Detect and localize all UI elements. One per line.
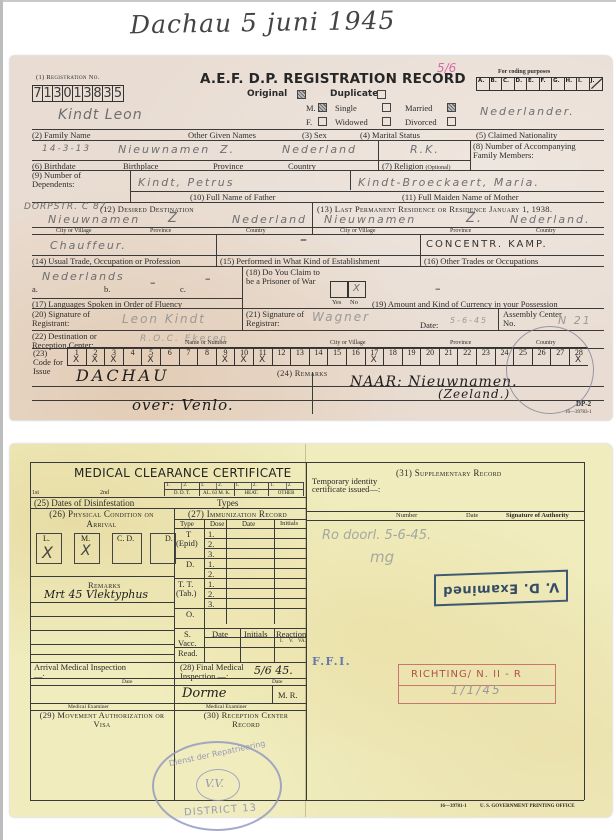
divider bbox=[30, 678, 306, 679]
divider bbox=[32, 170, 604, 171]
issue-code-cell[interactable]: 22 bbox=[457, 348, 476, 365]
coding-box[interactable]: D. bbox=[515, 78, 528, 90]
res-province-value: Z. bbox=[466, 211, 483, 226]
divider bbox=[30, 685, 306, 686]
divider bbox=[378, 140, 379, 170]
divider bbox=[274, 628, 275, 662]
supp-note-1: Ro doorl. 5-6-45. bbox=[322, 528, 431, 543]
lang-a-label: a. bbox=[32, 284, 38, 294]
registration-digit: 7 bbox=[33, 86, 43, 101]
divider bbox=[30, 654, 174, 655]
imm-type: O. bbox=[186, 609, 194, 619]
widowed-label: Widowed bbox=[335, 117, 368, 127]
divider bbox=[204, 519, 205, 662]
issue-code-cell[interactable]: 21 bbox=[439, 348, 458, 365]
divider bbox=[242, 266, 243, 308]
imm-dose-header: Dose bbox=[210, 520, 224, 528]
sex-m-checkbox[interactable] bbox=[318, 103, 327, 112]
birthplace-value: Nieuwnamen bbox=[118, 143, 210, 156]
nationality-value: Nederlander. bbox=[480, 105, 575, 118]
coding-box[interactable]: I. bbox=[577, 78, 590, 90]
issue-code-cell[interactable]: 15 bbox=[327, 348, 346, 365]
divorced-label: Divorced bbox=[405, 117, 437, 127]
religion-value: R.K. bbox=[410, 143, 440, 156]
sex-label: (3) Sex bbox=[302, 130, 327, 140]
issue-code-cell[interactable]: 4 bbox=[123, 348, 142, 365]
handwritten-caption: Dachau 5 juni 1945 bbox=[130, 6, 396, 40]
birthdate-value: 14-3-13 bbox=[42, 144, 91, 154]
divider bbox=[30, 576, 174, 577]
divider bbox=[32, 227, 604, 228]
registration-digit: 3 bbox=[103, 86, 113, 101]
duplicate-label: Duplicate bbox=[330, 89, 378, 99]
imm-date-header: Date bbox=[242, 520, 255, 528]
imm-type-sub: (Epid) bbox=[176, 538, 198, 548]
nationality-label: (5) Claimed Nationality bbox=[476, 130, 557, 140]
divider bbox=[312, 202, 313, 234]
coding-box[interactable]: C. bbox=[502, 78, 515, 90]
divider bbox=[306, 520, 584, 521]
physical-condition-label: (26) Physical Condition on Arrival bbox=[34, 509, 169, 529]
coding-box[interactable]: E. bbox=[527, 78, 540, 90]
remarks-left-1: DACHAU bbox=[76, 366, 170, 385]
language-a-value: Nederlands bbox=[42, 270, 125, 283]
type-column: 1.2.HEAT. bbox=[234, 483, 269, 496]
marital-status-label: (4) Marital Status bbox=[360, 130, 420, 140]
divider bbox=[130, 170, 131, 202]
divider bbox=[498, 308, 499, 330]
divider bbox=[32, 330, 604, 331]
type-column: 1.2.OTHER bbox=[268, 483, 304, 496]
divider bbox=[272, 685, 273, 703]
coding-box[interactable]: F. bbox=[540, 78, 553, 90]
divider bbox=[174, 647, 306, 648]
divider bbox=[584, 462, 585, 800]
dependents-label: (9) Number of Dependents: bbox=[32, 171, 112, 189]
medical-remarks-value: Mrt 45 Vlektyphus bbox=[44, 588, 148, 601]
street-note: DORPSTR. C 87. bbox=[24, 202, 110, 212]
medical-clearance-card: MEDICAL CLEARANCE CERTIFICATE 1.2.D. D. … bbox=[10, 444, 612, 817]
issue-mark: X bbox=[73, 356, 79, 365]
footer-office: U. S. GOVERNMENT PRINTING OFFICE bbox=[480, 804, 575, 809]
dest-city-value: Nieuwnamen bbox=[48, 213, 140, 226]
issue-code-cell[interactable]: 13 bbox=[290, 348, 309, 365]
married-label: Married bbox=[405, 103, 432, 113]
registration-digit: 3 bbox=[83, 86, 93, 101]
supp-note-2: mg bbox=[370, 548, 394, 566]
registration-digit: 3 bbox=[53, 86, 63, 101]
divider bbox=[204, 568, 306, 569]
issue-code-cell[interactable]: 12 bbox=[272, 348, 291, 365]
pow-no-box[interactable]: X bbox=[348, 281, 366, 298]
duplicate-checkbox[interactable] bbox=[377, 90, 386, 99]
issue-code-cell[interactable]: 20 bbox=[420, 348, 439, 365]
widowed-checkbox[interactable] bbox=[382, 117, 391, 126]
res-city-value: Nieuwnamen bbox=[324, 213, 416, 226]
reaction-col: I. bbox=[280, 639, 283, 644]
issue-mark: X bbox=[222, 356, 228, 365]
yes-label: Yes bbox=[332, 299, 341, 306]
registration-digit: 1 bbox=[43, 86, 53, 101]
reaction-col: VA. bbox=[298, 639, 306, 644]
divider bbox=[216, 234, 217, 266]
date-label: Date: bbox=[420, 320, 438, 330]
res-country-value: Nederland. bbox=[510, 213, 591, 226]
accompanying-label: (8) Number of Accompanying Family Member… bbox=[473, 142, 593, 160]
assembly-center-value: N 21 bbox=[558, 314, 592, 327]
circular-stamp bbox=[506, 326, 594, 414]
divider bbox=[30, 644, 174, 645]
supp-date-header: Date bbox=[466, 512, 478, 519]
family-name-label: (2) Family Name bbox=[32, 130, 91, 140]
mother-value: Kindt-Broeckaert, Maria. bbox=[358, 176, 540, 189]
divider bbox=[30, 800, 584, 801]
issue-code-cell[interactable]: 11X bbox=[253, 348, 272, 365]
sig-registrar-label: (21) Signature of Registrar: bbox=[246, 310, 316, 328]
dest-province-value: Z bbox=[168, 211, 179, 226]
issue-code-cell[interactable]: 1X bbox=[67, 348, 86, 365]
supp-signature-header: Signature of Authority bbox=[506, 512, 569, 519]
condition-box-d[interactable]: D. bbox=[150, 533, 176, 564]
establishment-value: – bbox=[300, 232, 309, 248]
second-label: 2nd bbox=[100, 490, 109, 496]
registration-digit: 1 bbox=[73, 86, 83, 101]
read-label: Read. bbox=[178, 648, 198, 658]
issue-mark: X bbox=[259, 356, 265, 365]
province-value: Z. bbox=[220, 143, 235, 156]
coding-box[interactable]: H. bbox=[565, 78, 578, 90]
disinfestation-label: (25) Dates of Disinfestation bbox=[34, 498, 134, 508]
no-label: No bbox=[350, 299, 358, 306]
divider bbox=[204, 548, 306, 549]
condition-box-cd[interactable]: C. D. bbox=[112, 533, 142, 564]
divider bbox=[30, 616, 174, 617]
registration-number: 713013835 bbox=[32, 85, 124, 102]
divider bbox=[470, 140, 471, 170]
lang-b-label: b. bbox=[104, 284, 110, 294]
registrar-signature: Wagner bbox=[312, 310, 370, 324]
issue-code-cell[interactable]: 16 bbox=[346, 348, 365, 365]
examiner-signature: Dorme bbox=[182, 686, 226, 701]
trade-label: (14) Usual Trade, Occupation or Professi… bbox=[32, 256, 180, 266]
issue-code-cell[interactable]: 10X bbox=[234, 348, 253, 365]
dest-country-value: Nederland bbox=[232, 213, 307, 226]
sex-f-label: F. bbox=[306, 117, 312, 127]
other-trades-value: CONCENTR. KAMP. bbox=[426, 239, 548, 250]
language-b-value: – bbox=[150, 276, 158, 289]
registration-digit: 0 bbox=[63, 86, 73, 101]
final-inspection-value: 5/6 45. bbox=[254, 664, 293, 677]
reaction-col: V. bbox=[289, 639, 293, 644]
imm-type-sub: (Tab.) bbox=[176, 588, 196, 598]
currency-value: – bbox=[435, 282, 443, 295]
richting-stamp: RICHTING/ N. II - R 1/1/45 bbox=[398, 664, 556, 704]
country-value: Nederland bbox=[282, 143, 357, 156]
pink-annotation: 5/6 bbox=[437, 61, 456, 75]
mother-label: (11) Full Maiden Name of Mother bbox=[402, 192, 519, 202]
page-left-border bbox=[0, 0, 3, 840]
divider bbox=[240, 628, 241, 662]
condition-box-m[interactable]: M.X bbox=[74, 533, 100, 564]
medical-title: MEDICAL CLEARANCE CERTIFICATE bbox=[74, 466, 291, 480]
types-label: Types bbox=[217, 498, 238, 508]
divider bbox=[350, 170, 351, 190]
issue-mark: X bbox=[371, 356, 377, 365]
lang-c-label: c. bbox=[180, 284, 186, 294]
record-title: A.E.F. D.P. REGISTRATION RECORD bbox=[200, 71, 466, 87]
ffi-stamp: F.F.I. bbox=[312, 655, 351, 668]
coding-box[interactable]: A. bbox=[477, 78, 490, 90]
divorced-checkbox[interactable] bbox=[447, 117, 456, 126]
issue-code-cell[interactable]: 3X bbox=[104, 348, 123, 365]
types-grid: 1.2.D. D. T.1.2.AL. 63 M. K.1.2.HEAT.1.2… bbox=[164, 482, 304, 496]
issue-mark: X bbox=[147, 356, 153, 365]
registrant-signature: Leon Kindt bbox=[122, 312, 206, 326]
temp-identity-label: Temporary identity certificate issued—: bbox=[312, 477, 382, 493]
registration-no-label: (1) Registration No. bbox=[36, 74, 100, 81]
issue-code-cell[interactable]: 14 bbox=[309, 348, 328, 365]
pow-yes-box[interactable] bbox=[330, 281, 348, 298]
city-header: City or Village bbox=[330, 340, 366, 346]
divider bbox=[204, 588, 306, 589]
given-names-label: Other Given Names bbox=[188, 130, 256, 140]
issue-code-cell[interactable]: 19 bbox=[402, 348, 421, 365]
divider bbox=[32, 202, 604, 203]
original-label: Original bbox=[247, 89, 287, 99]
coding-box[interactable]: B. bbox=[490, 78, 503, 90]
divider bbox=[204, 538, 306, 539]
registration-digit: 5 bbox=[113, 86, 123, 101]
movement-label: (29) Movement Authorization or Visa bbox=[32, 711, 172, 729]
issue-code-cell[interactable]: 6 bbox=[160, 348, 179, 365]
divider bbox=[30, 602, 174, 603]
original-checkbox[interactable] bbox=[297, 90, 306, 99]
coding-boxes: A.B.C.D.E.F.G.H.I.J. bbox=[476, 77, 603, 91]
type-column: 1.2.D. D. T. bbox=[164, 483, 199, 496]
divider bbox=[30, 630, 174, 631]
name-or-number-header: Name or Number bbox=[185, 340, 227, 346]
pow-label: (18) Do You Claim to be a Prisoner of Wa… bbox=[246, 268, 330, 286]
footer-code: 16—39781-1 bbox=[440, 804, 467, 809]
type-column: 1.2.AL. 63 M. K. bbox=[199, 483, 234, 496]
other-trades-label: (16) Other Trades or Occupations bbox=[424, 256, 538, 266]
sex-f-checkbox[interactable] bbox=[318, 117, 327, 126]
form-code: 16—39783-1 bbox=[565, 410, 592, 415]
divider bbox=[306, 462, 307, 800]
issue-code-cell[interactable]: 9X bbox=[216, 348, 235, 365]
divider bbox=[32, 234, 604, 235]
single-checkbox[interactable] bbox=[382, 103, 391, 112]
issue-code-cell[interactable]: 8 bbox=[197, 348, 216, 365]
date-value: 5-6-45 bbox=[450, 316, 488, 325]
condition-box-l[interactable]: L.X bbox=[36, 533, 62, 564]
sex-m-label: M. bbox=[306, 103, 316, 113]
vd-examined-stamp: V. D. Examined bbox=[434, 570, 568, 607]
mr-label: M. R. bbox=[278, 690, 298, 700]
divider bbox=[30, 462, 31, 800]
single-label: Single bbox=[335, 103, 357, 113]
imm-type-header: Type bbox=[180, 520, 194, 528]
divider bbox=[204, 598, 306, 599]
remarks-label: (24) Remarks bbox=[277, 368, 328, 378]
code-for-issue-label: (23) Code for Issue bbox=[33, 349, 67, 376]
page-top-border bbox=[0, 0, 616, 2]
remarks-right-2: (Zeeland.) bbox=[438, 387, 510, 401]
imm-initials-header: Initials bbox=[280, 520, 298, 527]
issue-code-cell[interactable]: 5X bbox=[141, 348, 160, 365]
divider bbox=[30, 462, 584, 463]
issue-code-cell[interactable]: 17X bbox=[365, 348, 384, 365]
repatriation-stamp: Dienst der Repatrieering V.V. DISTRICT 1… bbox=[152, 741, 282, 831]
father-label: (10) Full Name of Father bbox=[190, 192, 275, 202]
issue-code-cell[interactable]: 18 bbox=[383, 348, 402, 365]
remarks-left-2: over: Venlo. bbox=[132, 396, 234, 414]
divider bbox=[174, 528, 306, 529]
issue-code-cell[interactable]: 2X bbox=[86, 348, 105, 365]
issue-mark: X bbox=[110, 356, 116, 365]
issue-code-cell[interactable]: 7 bbox=[179, 348, 198, 365]
issue-code-cell[interactable]: 23 bbox=[476, 348, 495, 365]
divider bbox=[204, 637, 306, 638]
father-value: Kindt, Petrus bbox=[138, 176, 234, 189]
issue-mark: X bbox=[92, 356, 98, 365]
married-checkbox[interactable] bbox=[447, 103, 456, 112]
imm-type: D. bbox=[186, 559, 194, 569]
registration-digit: 8 bbox=[93, 86, 103, 101]
first-label: 1st bbox=[32, 490, 39, 496]
divider bbox=[420, 234, 421, 266]
establishment-label: (15) Performed in What Kind of Establish… bbox=[220, 256, 380, 266]
language-c-value: – bbox=[205, 272, 213, 285]
issue-mark: X bbox=[240, 356, 246, 365]
divider bbox=[312, 372, 313, 414]
province-header: Province bbox=[450, 340, 471, 346]
supplementary-label: (31) Supplementary Record bbox=[396, 468, 502, 478]
sig-registrant-label: (20) Signature of Registrant: bbox=[32, 310, 102, 328]
trade-value: Chauffeur. bbox=[50, 239, 127, 252]
coding-purposes-label: For coding purposes bbox=[498, 69, 550, 75]
divider bbox=[242, 308, 243, 330]
coding-box[interactable]: G. bbox=[552, 78, 565, 90]
registrant-name: Kindt Leon bbox=[58, 107, 143, 123]
divider bbox=[174, 578, 306, 579]
supp-number-header: Number bbox=[396, 512, 417, 519]
immunization-label: (27) Immunization Record bbox=[188, 509, 287, 519]
registration-record-card: (1) Registration No. 713013835 A.E.F. D.… bbox=[10, 56, 612, 420]
reception-label: (30) Reception Center Record bbox=[196, 711, 296, 729]
